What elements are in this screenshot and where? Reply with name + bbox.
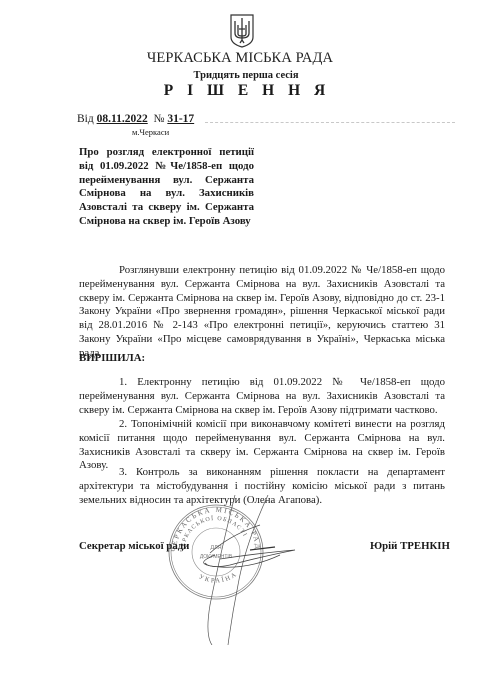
date-prefix: Від (77, 113, 97, 125)
resolution-item-2: 2. Топонімічній комісії при виконавчому … (79, 418, 445, 473)
preamble-paragraph: Розглянувши електронну петицію від 01.09… (79, 264, 445, 361)
resolution-item-1: 1. Електронну петицію від 01.09.2022 № Ч… (79, 376, 445, 417)
coat-of-arms-icon (229, 13, 255, 49)
session-title: Тридцять перша сесія (0, 70, 480, 81)
handwritten-signature (150, 495, 300, 645)
decision-date: 08.11.2022 (97, 113, 148, 125)
number-prefix: № (148, 113, 168, 125)
city-label: м.Черкаси (132, 127, 169, 137)
decision-number: 31-17 (167, 113, 194, 125)
date-line-divider (205, 122, 455, 123)
decision-subject: Про розгляд електронної петиції від 01.0… (79, 146, 254, 229)
council-name: ЧЕРКАСЬКА МІСЬКА РАДА (0, 50, 480, 67)
document-type-title: Р І Ш Е Н Н Я (0, 82, 480, 100)
resolved-label: ВИРІШИЛА: (79, 352, 145, 364)
signatory-name: Юрій ТРЕНКІН (370, 540, 450, 552)
date-number-line: Від 08.11.2022 № 31-17 (77, 113, 194, 125)
